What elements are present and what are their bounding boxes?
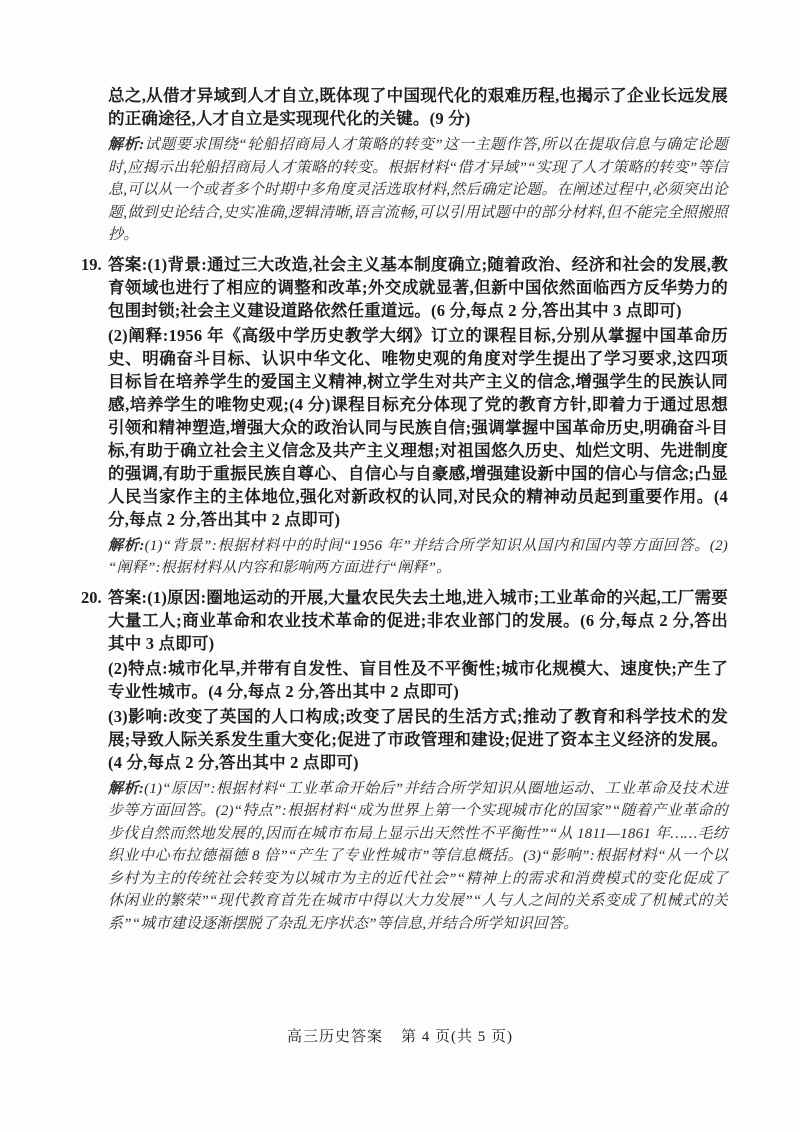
answer-paragraph: 答案:(1)原因:圈地运动的开展,大量农民失去土地,进入城市;工业革命的兴起,工… — [108, 586, 728, 655]
answer-paragraph: (2)特点:城市化早,并带有自发性、盲目性及不平衡性;城市化规模大、速度快;产生… — [108, 657, 728, 703]
footer-doc-title: 高三历史答案 — [287, 1029, 383, 1045]
analysis-paragraph: 解析:试题要求围绕“轮船招商局人才策略的转变”这一主题作答,所以在提取信息与确定… — [108, 134, 728, 247]
question-number: 20. — [81, 586, 102, 609]
analysis-label: 解析: — [108, 137, 144, 153]
q20-answer-block: 20. 答案:(1)原因:圈地运动的开展,大量农民失去土地,进入城市;工业革命的… — [108, 586, 728, 936]
answer-sheet-page: 总之,从借才异域到人才自立,既体现了中国现代化的艰难历程,也揭示了企业长远发展的… — [0, 0, 800, 1132]
footer-page-number: 第 4 页(共 5 页) — [401, 1029, 513, 1045]
analysis-paragraph: 解析:(1)“原因”:根据材料“工业革命开始后”并结合所学知识从圈地运动、工业革… — [108, 778, 728, 936]
analysis-text: (1)“原因”:根据材料“工业革命开始后”并结合所学知识从圈地运动、工业革命及技… — [108, 781, 728, 932]
answer-text: (1)背景:通过三大改造,社会主义基本制度确立;随着政治、经济和社会的发展,教育… — [108, 255, 728, 320]
answer-paragraph: (3)影响:改变了英国的人口构成;改变了居民的生活方式;推动了教育和科学技术的发… — [108, 705, 728, 774]
answer-paragraph: 答案:(1)背景:通过三大改造,社会主义基本制度确立;随着政治、经济和社会的发展… — [108, 253, 728, 322]
analysis-text: (1)“背景”:根据材料中的时间“1956 年”并结合所学知识从国内和国内等方面… — [108, 538, 728, 577]
analysis-text: 试题要求围绕“轮船招商局人才策略的转变”这一主题作答,所以在提取信息与确定论题时… — [108, 137, 728, 243]
analysis-paragraph: 解析:(1)“背景”:根据材料中的时间“1956 年”并结合所学知识从国内和国内… — [108, 535, 728, 580]
answer-conclusion-text: 总之,从借才异域到人才自立,既体现了中国现代化的艰难历程,也揭示了企业长远发展的… — [108, 84, 728, 130]
answer-label: 答案: — [108, 255, 147, 274]
analysis-label: 解析: — [108, 538, 145, 554]
answer-paragraph: (2)阐释:1956 年《高级中学历史教学大纲》订立的课程目标,分别从掌握中国革… — [108, 324, 728, 531]
answer-label: 答案: — [108, 588, 147, 607]
answer-text: (1)原因:圈地运动的开展,大量农民失去土地,进入城市;工业革命的兴起,工厂需要… — [108, 588, 728, 653]
page-footer: 高三历史答案第 4 页(共 5 页) — [0, 1025, 800, 1046]
answers-content: 总之,从借才异域到人才自立,既体现了中国现代化的艰难历程,也揭示了企业长远发展的… — [108, 84, 728, 935]
analysis-label: 解析: — [108, 781, 144, 797]
question-number: 19. — [81, 253, 102, 276]
q19-answer-block: 19. 答案:(1)背景:通过三大改造,社会主义基本制度确立;随着政治、经济和社… — [108, 253, 728, 580]
q18-answer-continuation: 总之,从借才异域到人才自立,既体现了中国现代化的艰难历程,也揭示了企业长远发展的… — [108, 84, 728, 247]
